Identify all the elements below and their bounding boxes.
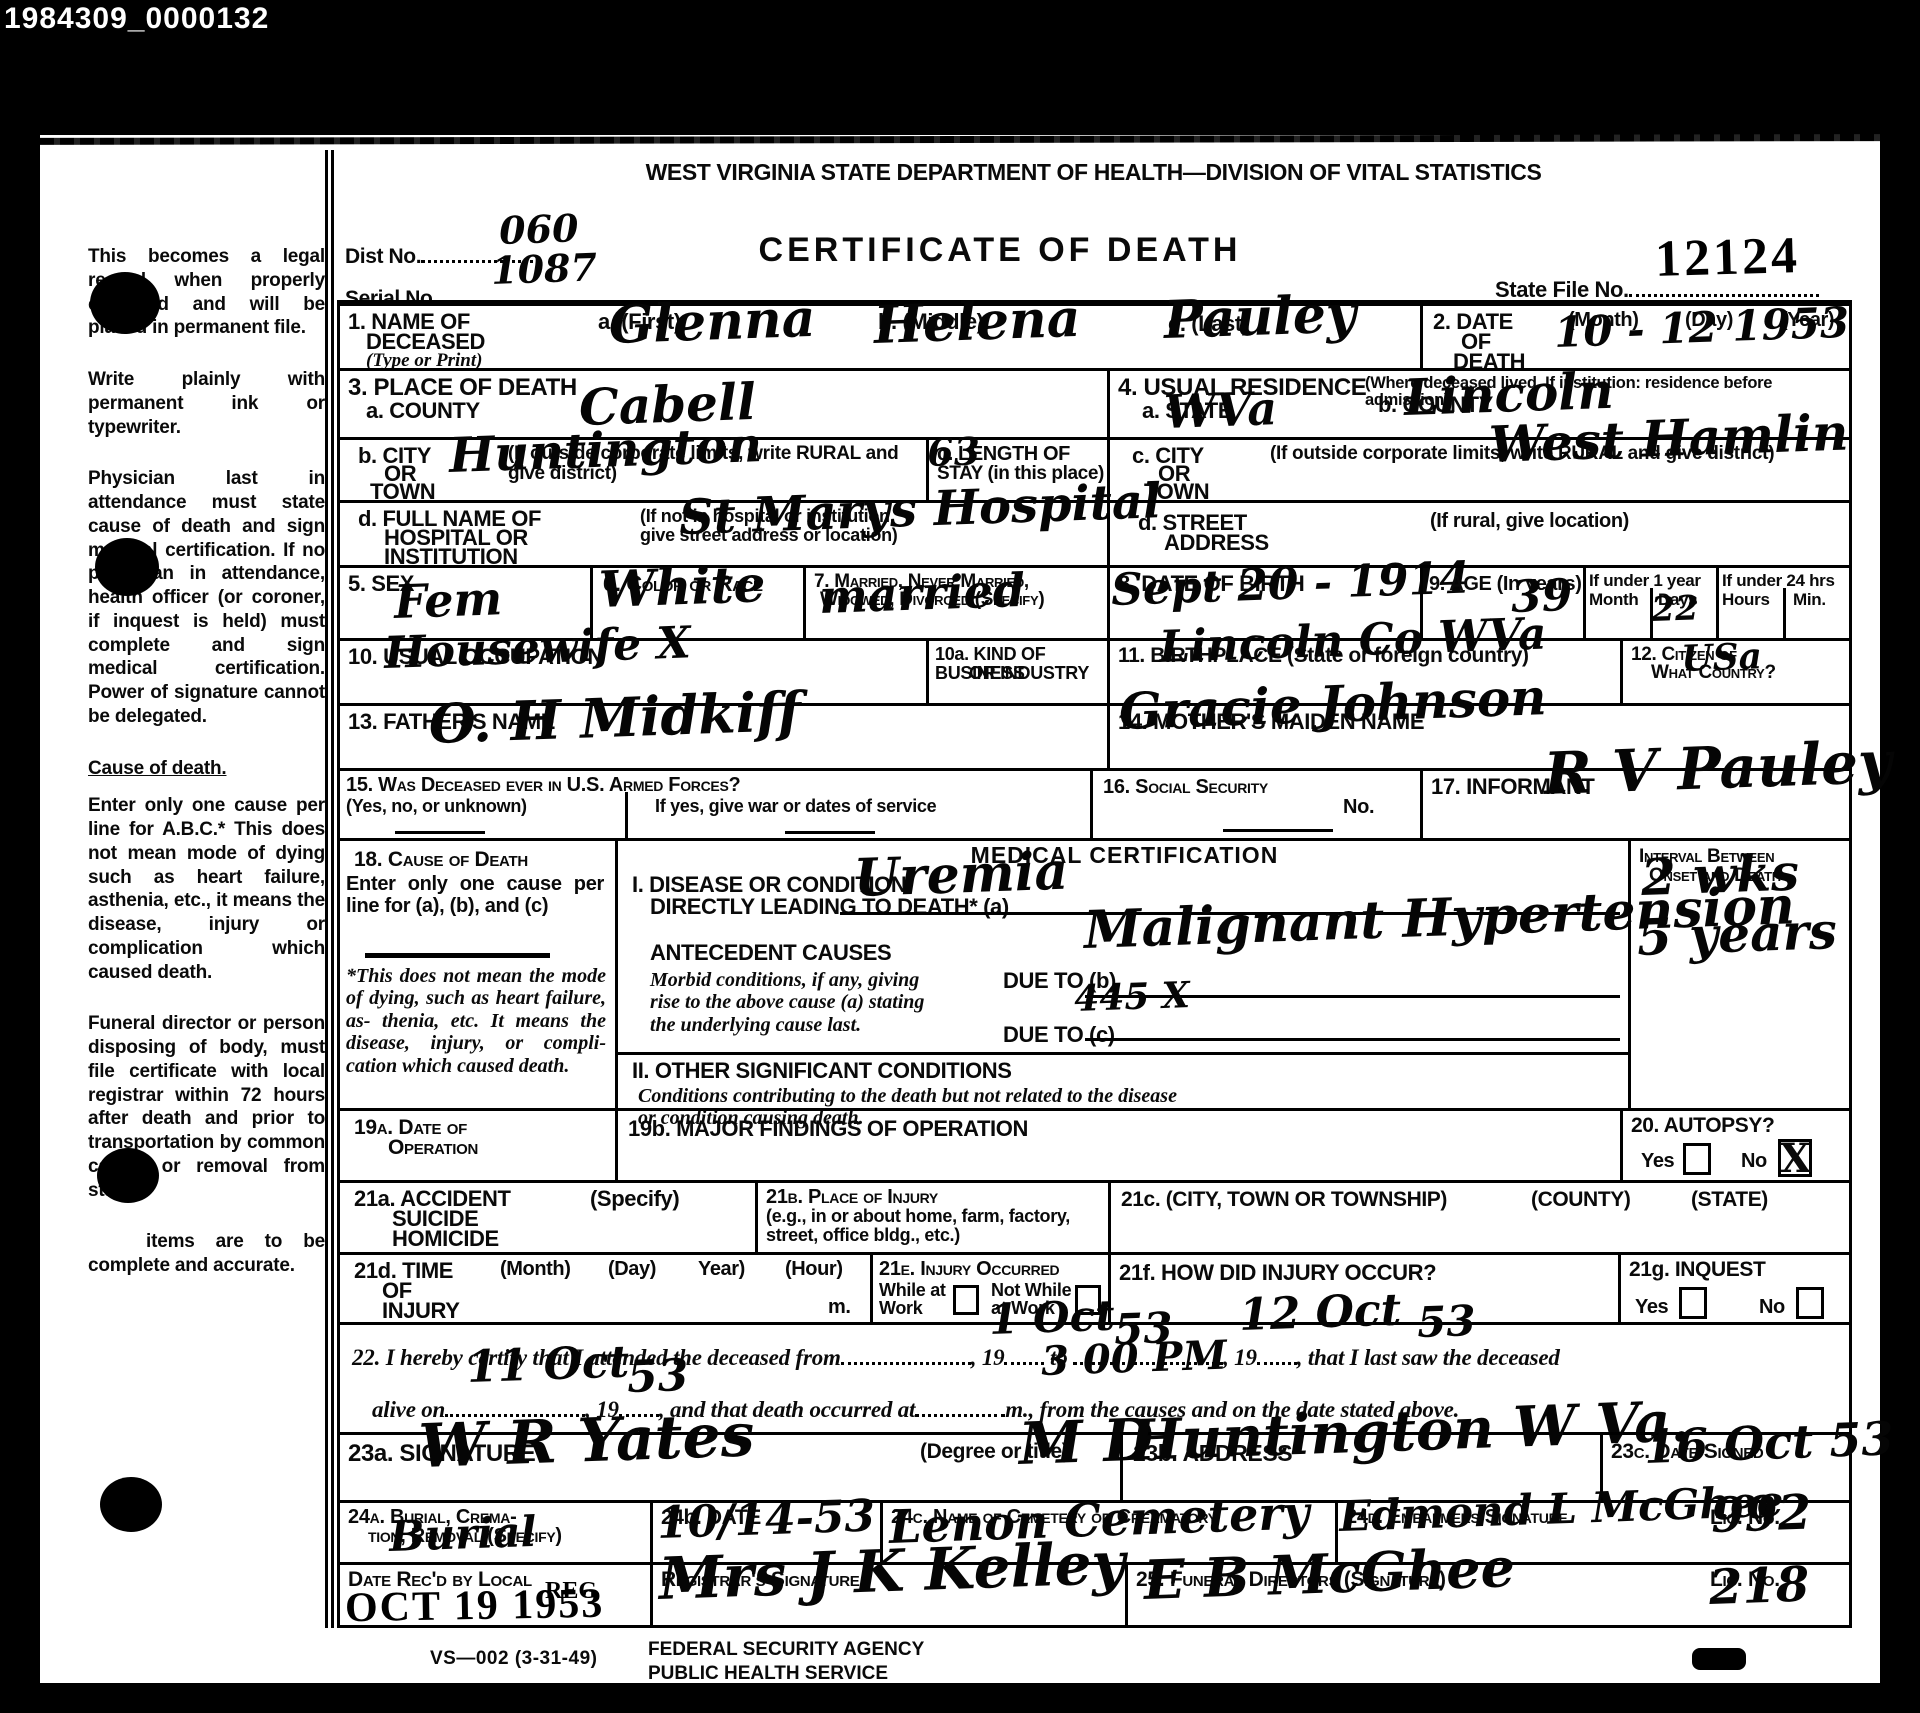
f3-county-label: a. COUNTY: [366, 399, 480, 423]
age-days-value: 22: [1651, 588, 1700, 630]
f9-hours-label: Hours: [1722, 591, 1770, 609]
f21e-label: 21e. Injury Occurred: [879, 1259, 1059, 1280]
cell-cause-of-death-instructions: 18. Cause of Death Enter only one cause …: [337, 838, 615, 1108]
ink-blot: [90, 272, 160, 334]
length-of-stay-value: 63: [926, 428, 980, 475]
cell-place-of-injury: 21b. Place of Injury (e.g., in or about …: [755, 1180, 1108, 1252]
citizen-value: USa: [1681, 635, 1763, 680]
f21e-while2: Work: [879, 1299, 922, 1318]
f21c-label2: (COUNTY): [1531, 1189, 1630, 1212]
autopsy-yes-label: Yes: [1641, 1151, 1674, 1173]
footer-agency-line2: PUBLIC HEALTH SERVICE: [648, 1662, 924, 1686]
f21b-note: (e.g., in or about home, farm, factory, …: [766, 1207, 1101, 1245]
footer-agency: FEDERAL SECURITY AGENCY PUBLIC HEALTH SE…: [648, 1638, 924, 1686]
cell-street-address: d. STREET ADDRESS (If rural, give locati…: [1107, 500, 1850, 565]
f15-blank2: [785, 821, 875, 834]
f20-label: 20. AUTOPSY?: [1631, 1115, 1774, 1138]
interval-b-value: 5 years: [1636, 901, 1838, 967]
inquest-yes-checkbox: [1679, 1287, 1707, 1319]
cell-time-of-injury: 21d. TIME OF INJURY (Month) (Day) Year) …: [337, 1252, 870, 1322]
cell-armed-forces-dates: If yes, give war or dates of service: [625, 768, 1090, 838]
cell-accident-suicide-homicide: 21a. ACCIDENT SUICIDE HOMICIDE (Specify): [337, 1180, 755, 1252]
f21f-label: 21f. HOW DID INJURY OCCUR?: [1119, 1261, 1436, 1285]
med-title: MEDICAL CERTIFICATION: [618, 843, 1631, 868]
inquest-yes-label: Yes: [1635, 1297, 1668, 1319]
form-number: VS—002 (3-31-49): [430, 1648, 597, 1670]
f21d-hour: (Hour): [785, 1259, 843, 1281]
interval-a-value: 2 wks: [1640, 843, 1800, 907]
f9-under24-label: If under 24 hrs: [1722, 572, 1835, 590]
f21d-label3: INJURY: [382, 1299, 459, 1323]
f18-rule: [365, 953, 550, 958]
embalmer-lic-value: 992: [1710, 1485, 1812, 1544]
certify-from-blank: [841, 1340, 971, 1365]
informant-value: R V Pauley: [1543, 728, 1893, 808]
cell-injury-city: 21c. (CITY, TOWN OR TOWNSHIP) (COUNTY) (…: [1108, 1180, 1850, 1252]
death-city-value: Huntington: [448, 417, 763, 484]
certify-to-value: 12 Oct: [1238, 1284, 1402, 1341]
margin-note-one-cause: Enter only one cause per line for A.B.C.…: [88, 794, 325, 984]
certify-time-value: 3 00 PM: [1040, 1332, 1227, 1385]
residence-state-value: WVa: [1163, 381, 1278, 439]
med-other-label: II. OTHER SIGNIFICANT CONDITIONS: [632, 1059, 1012, 1083]
injury-while-at-work-checkbox: [953, 1285, 979, 1315]
f19b-label: 19b. MAJOR FINDINGS OF OPERATION: [628, 1117, 1028, 1141]
color-value: White: [598, 554, 766, 619]
f19a-label2: Operation: [388, 1137, 478, 1159]
cause-b-code: 445 X: [1074, 974, 1191, 1020]
cell-kind-of-business: 10a. KIND OF BUSINESS OR INDUSTRY: [926, 638, 1107, 703]
funeral-director-lic-value: 218: [1708, 1557, 1810, 1616]
sex-value: Fem: [393, 571, 503, 629]
marital-value: married: [818, 563, 1026, 624]
f16-no-label: No.: [1343, 797, 1374, 818]
f18-p2: *This does not mean the mode of dying, s…: [346, 965, 606, 1077]
f21c-label1: 21c. (CITY, TOWN OR TOWNSHIP): [1121, 1189, 1447, 1212]
cell-autopsy: 20. AUTOPSY? Yes No X: [1620, 1108, 1850, 1180]
date-signed-value: 16 Oct 53: [1643, 1411, 1894, 1474]
age-subdivider: [1783, 588, 1786, 638]
ink-blot: [97, 1148, 159, 1203]
margin-instructions: This becomes a legal record when properl…: [88, 245, 325, 1306]
last-name-value: Pauley: [1163, 283, 1357, 351]
burial-value: Burial: [388, 1507, 537, 1561]
footer-agency-line1: FEDERAL SECURITY AGENCY: [648, 1638, 924, 1662]
residence-city-value: West Hamlin: [1488, 402, 1849, 474]
autopsy-no-label: No: [1741, 1151, 1767, 1173]
margin-heading-cause-of-death: Cause of death.: [88, 757, 325, 781]
f18-label: 18. Cause of Death: [354, 849, 528, 871]
f16-label: 16. Social Security: [1103, 777, 1268, 798]
other-conditions-divider: [615, 1052, 1628, 1055]
f21b-label: 21b. Place of Injury: [766, 1187, 938, 1208]
scan-id-label: 1984309_0000132: [4, 2, 269, 36]
inquest-no-label: No: [1759, 1297, 1785, 1319]
serial-no-value: 1087: [490, 244, 597, 293]
f21c-label3: (STATE): [1691, 1189, 1768, 1212]
middle-name-value: Helena: [873, 288, 1082, 356]
ink-blot: [95, 538, 159, 596]
margin-divider-line: [325, 150, 328, 1628]
autopsy-yes-checkbox: [1683, 1143, 1711, 1175]
f9-month-label: Month: [1589, 591, 1638, 609]
med-morbid-note: Morbid conditions, if any, giving rise t…: [650, 969, 950, 1036]
f9-min-label: Min.: [1793, 591, 1826, 609]
f18-p1: Enter only one cause per line for (a), (…: [346, 873, 604, 917]
first-name-value: Glenna: [608, 288, 817, 356]
autopsy-no-x-mark: X: [1780, 1135, 1811, 1182]
certify-year2-blank: [1257, 1340, 1297, 1365]
f10a-label2: OR INDUSTRY: [969, 664, 1089, 683]
agency-title: WEST VIRGINIA STATE DEPARTMENT OF HEALTH…: [337, 160, 1850, 185]
cause-a-value: Uremia: [853, 841, 1069, 909]
f21a-label3: HOMICIDE: [392, 1227, 499, 1251]
f21a-specify: (Specify): [590, 1187, 679, 1211]
margin-note-items-complete: items are to be complete and accurate.: [88, 1230, 325, 1278]
occupation-value: Housewife X: [383, 617, 691, 679]
f16-blank: [1223, 819, 1333, 832]
f4-street-label2: ADDRESS: [1164, 531, 1269, 555]
med-due-c-label: DUE TO (c): [1003, 1023, 1115, 1047]
f4-street-note: (If rural, give location): [1430, 511, 1629, 533]
f15-note1: (Yes, no, or unknown): [346, 797, 527, 816]
cell-medical-certification: MEDICAL CERTIFICATION I. DISEASE OR COND…: [615, 838, 1628, 1108]
registrar-stamp-mark: [1692, 1648, 1746, 1670]
cell-armed-forces: 15. Was Deceased ever in U.S. Armed Forc…: [337, 768, 625, 838]
scanned-death-certificate: 1984309_0000132 This becomes a legal rec…: [0, 0, 1920, 1713]
f21d-month: (Month): [500, 1259, 571, 1281]
date-received-reg-tag: REG: [545, 1578, 597, 1605]
physician-signature-value: W R Yates: [418, 1400, 756, 1482]
margin-note-write-plainly: Write plainly with permanent ink or type…: [88, 368, 325, 439]
funeral-director-value: E B McGhee: [1143, 1535, 1516, 1612]
f15-note2: If yes, give war or dates of service: [655, 797, 936, 816]
armed-forces-subdivider: [625, 792, 628, 838]
cell-inquest: 21g. INQUEST Yes No: [1618, 1252, 1850, 1322]
f21d-year: Year): [698, 1259, 745, 1281]
certify-year1-blank: [1004, 1340, 1044, 1365]
margin-note-physician: Physician last in attendance must state …: [88, 467, 325, 728]
cell-social-security: 16. Social Security No.: [1090, 768, 1420, 838]
date-of-death-value: 10 - 12 1953: [1553, 298, 1850, 357]
certify-alive-value: 11 Oct: [466, 1336, 630, 1393]
certify-year3-value: 53: [626, 1350, 689, 1403]
cause-c-underline: [1085, 1038, 1620, 1041]
cell-major-findings: 19b. MAJOR FINDINGS OF OPERATION: [615, 1108, 1620, 1180]
f21g-label: 21g. INQUEST: [1629, 1259, 1765, 1282]
state-file-no-value: 12124: [1654, 226, 1800, 289]
fathers-name-value: O. H Midkiff: [428, 679, 802, 756]
f21d-day: (Day): [608, 1259, 656, 1281]
ink-blot: [100, 1477, 162, 1532]
margin-divider-line: [331, 150, 334, 1628]
f21d-m: m.: [828, 1297, 851, 1319]
certificate-title: CERTIFICATE OF DEATH: [600, 232, 1400, 269]
f9-under1-label: If under 1 year: [1589, 572, 1701, 590]
cell-date-of-operation: 19a. Date of Operation: [337, 1108, 615, 1180]
inquest-no-checkbox: [1796, 1287, 1824, 1319]
med-antecedent-label: ANTECEDENT CAUSES: [650, 941, 891, 965]
certify-year2-value: 53: [1416, 1296, 1476, 1347]
f15-blank1: [395, 821, 485, 834]
certify-time-blank: [915, 1392, 1005, 1417]
